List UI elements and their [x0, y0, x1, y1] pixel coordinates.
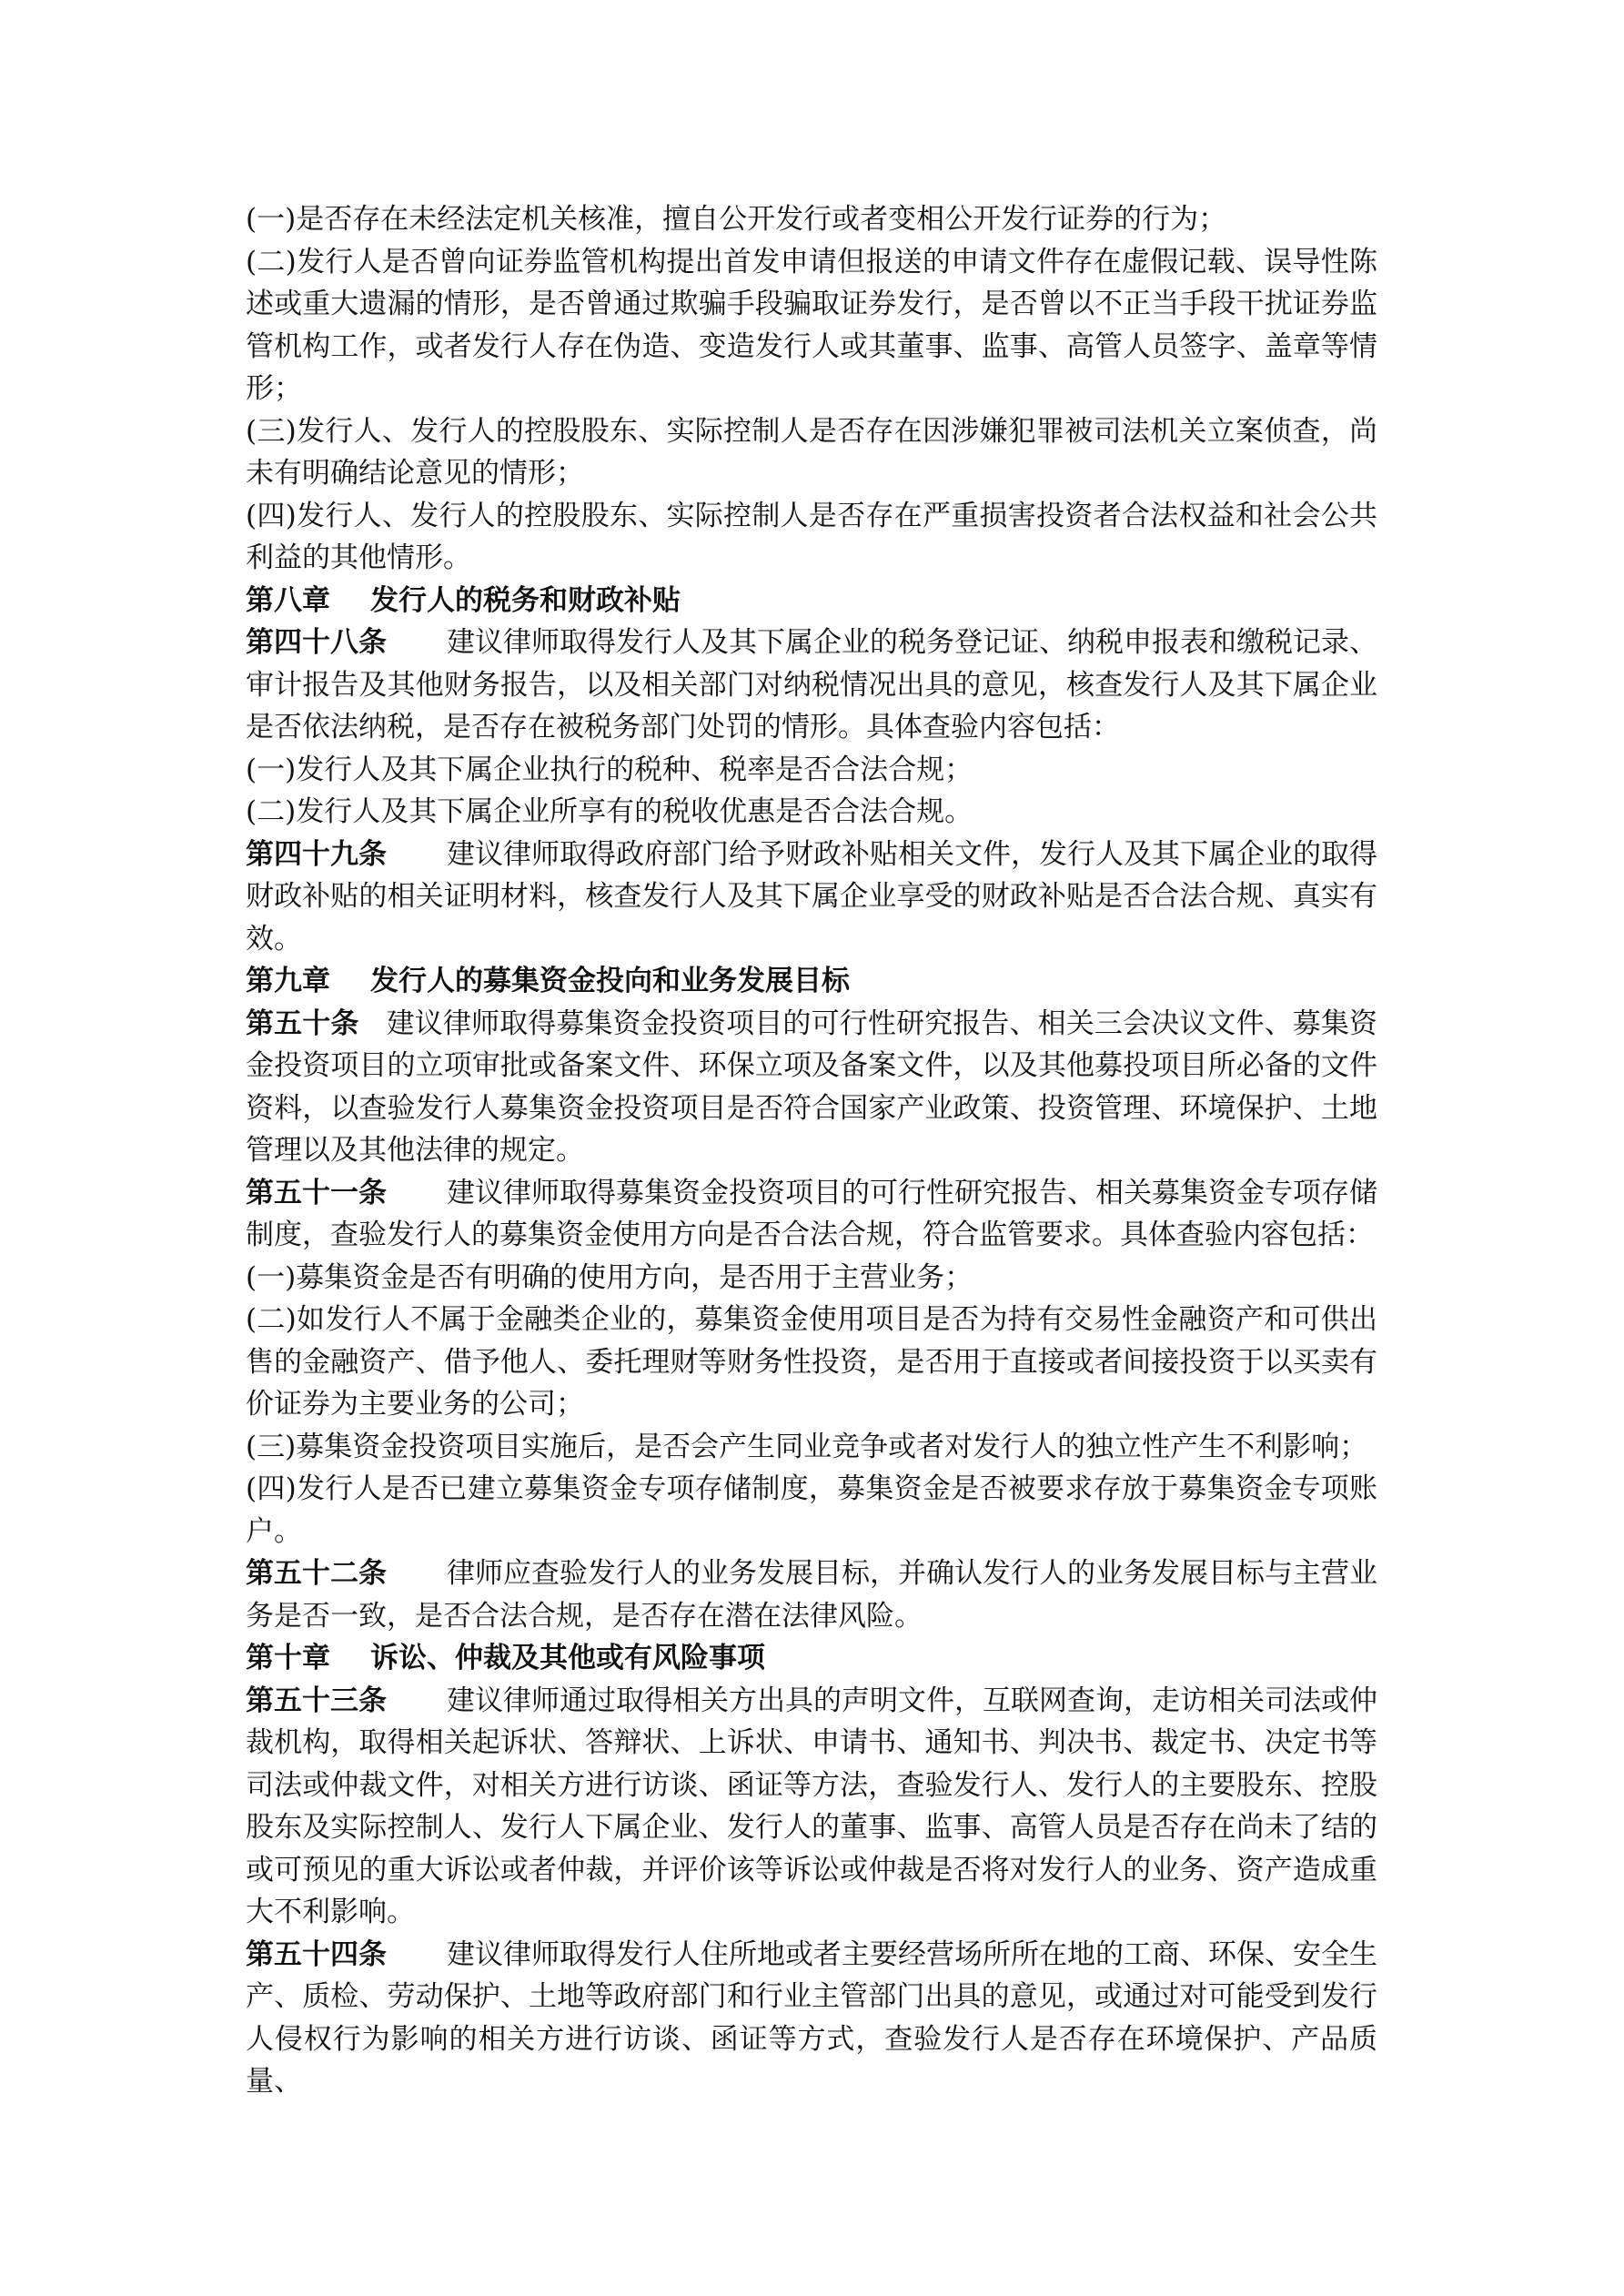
article-label: 第五十三条 [246, 1684, 387, 1717]
article-paragraph: 第五十二条律师应查验发行人的业务发展目标，并确认发行人的业务发展目标与主营业务是… [246, 1553, 1377, 1637]
article-paragraph: 第五十一条建议律师取得募集资金投资项目的可行性研究报告、相关募集资金专项存储制度… [246, 1172, 1377, 1257]
article-paragraph: 第四十八条建议律师取得发行人及其下属企业的税务登记证、纳税申报表和缴税记录、审计… [246, 622, 1377, 749]
article-label: 第四十九条 [246, 838, 387, 871]
list-item: (四)发行人是否已建立募集资金专项存储制度，募集资金是否被要求存放于募集资金专项… [246, 1468, 1377, 1553]
article-paragraph: 第五十三条建议律师通过取得相关方出具的声明文件，互联网查询，走访相关司法或仲裁机… [246, 1680, 1377, 1934]
chapter-label: 第八章 [246, 584, 330, 617]
chapter-label: 第十章 [246, 1642, 330, 1674]
list-item: (一)发行人及其下属企业执行的税种、税率是否合法合规； [246, 749, 1377, 792]
article-label: 第四十八条 [246, 626, 387, 659]
list-item: (一)是否存在未经法定机关核准，擅自公开发行或者变相公开发行证券的行为； [246, 198, 1377, 241]
article-paragraph: 第四十九条建议律师取得政府部门给予财政补贴相关文件，发行人及其下属企业的取得财政… [246, 834, 1377, 961]
chapter-title: 发行人的税务和财政补贴 [370, 584, 681, 617]
list-item: (四)发行人、发行人的控股股东、实际控制人是否存在严重损害投资者合法权益和社会公… [246, 495, 1377, 580]
chapter-title: 发行人的募集资金投向和业务发展目标 [370, 965, 850, 997]
list-item: (二)发行人及其下属企业所享有的税收优惠是否合法合规。 [246, 791, 1377, 834]
article-text: 建议律师取得政府部门给予财政补贴相关文件，发行人及其下属企业的取得财政补贴的相关… [246, 838, 1377, 956]
list-item: (一)募集资金是否有明确的使用方向，是否用于主营业务； [246, 1257, 1377, 1300]
chapter-heading: 第十章诉讼、仲裁及其他或有风险事项 [246, 1637, 1377, 1680]
chapter-title: 诉讼、仲裁及其他或有风险事项 [370, 1642, 765, 1674]
chapter-heading: 第八章发行人的税务和财政补贴 [246, 580, 1377, 622]
article-label: 第五十条 [246, 1007, 359, 1040]
list-item: (二)发行人是否曾向证券监管机构提出首发申请但报送的申请文件存在虚假记载、误导性… [246, 241, 1377, 410]
article-paragraph: 第五十四条建议律师取得发行人住所地或者主要经营场所所在地的工商、环保、安全生产、… [246, 1934, 1377, 2103]
article-paragraph: 第五十条建议律师取得募集资金投资项目的可行性研究报告、相关三会决议文件、募集资金… [246, 1003, 1377, 1172]
list-item: (二)如发行人不属于金融类企业的，募集资金使用项目是否为持有交易性金融资产和可供… [246, 1299, 1377, 1426]
article-label: 第五十一条 [246, 1177, 387, 1209]
article-label: 第五十四条 [246, 1938, 387, 1971]
article-label: 第五十二条 [246, 1557, 387, 1590]
article-text: 建议律师取得发行人住所地或者主要经营场所所在地的工商、环保、安全生产、质检、劳动… [246, 1938, 1377, 2099]
document-page: (一)是否存在未经法定机关核准，擅自公开发行或者变相公开发行证券的行为； (二)… [246, 198, 1377, 2103]
article-text: 建议律师通过取得相关方出具的声明文件，互联网查询，走访相关司法或仲裁机构，取得相… [246, 1684, 1377, 1929]
article-text: 建议律师取得募集资金投资项目的可行性研究报告、相关三会决议文件、募集资金投资项目… [246, 1007, 1377, 1168]
article-text: 律师应查验发行人的业务发展目标，并确认发行人的业务发展目标与主营业务是否一致，是… [246, 1557, 1377, 1633]
article-text: 建议律师取得发行人及其下属企业的税务登记证、纳税申报表和缴税记录、审计报告及其他… [246, 626, 1377, 743]
chapter-heading: 第九章发行人的募集资金投向和业务发展目标 [246, 960, 1377, 1003]
article-text: 建议律师取得募集资金投资项目的可行性研究报告、相关募集资金专项存储制度，查验发行… [246, 1177, 1377, 1252]
list-item: (三)募集资金投资项目实施后，是否会产生同业竞争或者对发行人的独立性产生不利影响… [246, 1426, 1377, 1469]
list-item: (三)发行人、发行人的控股股东、实际控制人是否存在因涉嫌犯罪被司法机关立案侦查，… [246, 410, 1377, 495]
chapter-label: 第九章 [246, 965, 330, 997]
